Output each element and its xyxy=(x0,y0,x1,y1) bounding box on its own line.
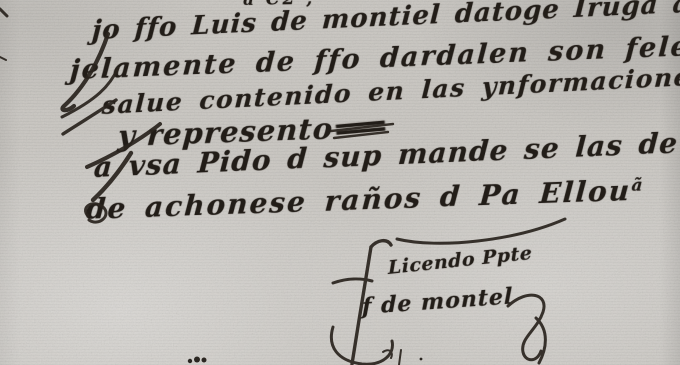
manuscript-scan: a C2 , jo ffo Luis de montiel datoge Iru… xyxy=(0,0,680,365)
bottom-partial-strokes xyxy=(383,350,401,365)
signature-crossbar xyxy=(333,279,372,283)
superscript-abbreviation: ã xyxy=(631,176,643,196)
signature-name-line: f de montel xyxy=(362,283,513,320)
ink-blot-bottom-left xyxy=(188,357,207,364)
left-edge-mark-top xyxy=(0,9,7,16)
signature-bowl-stroke xyxy=(331,327,392,364)
underline-flourish-ellou xyxy=(397,219,565,243)
ink-dot-bottom xyxy=(420,358,423,361)
signature-title-line: Licendo Ppte xyxy=(388,242,533,279)
left-edge-mark-mid xyxy=(0,57,6,60)
handwritten-line-6: de achonese raños d Pa Ellouã xyxy=(85,174,643,227)
handwritten-line-6-text: de achonese raños d Pa Ellou xyxy=(85,174,632,226)
